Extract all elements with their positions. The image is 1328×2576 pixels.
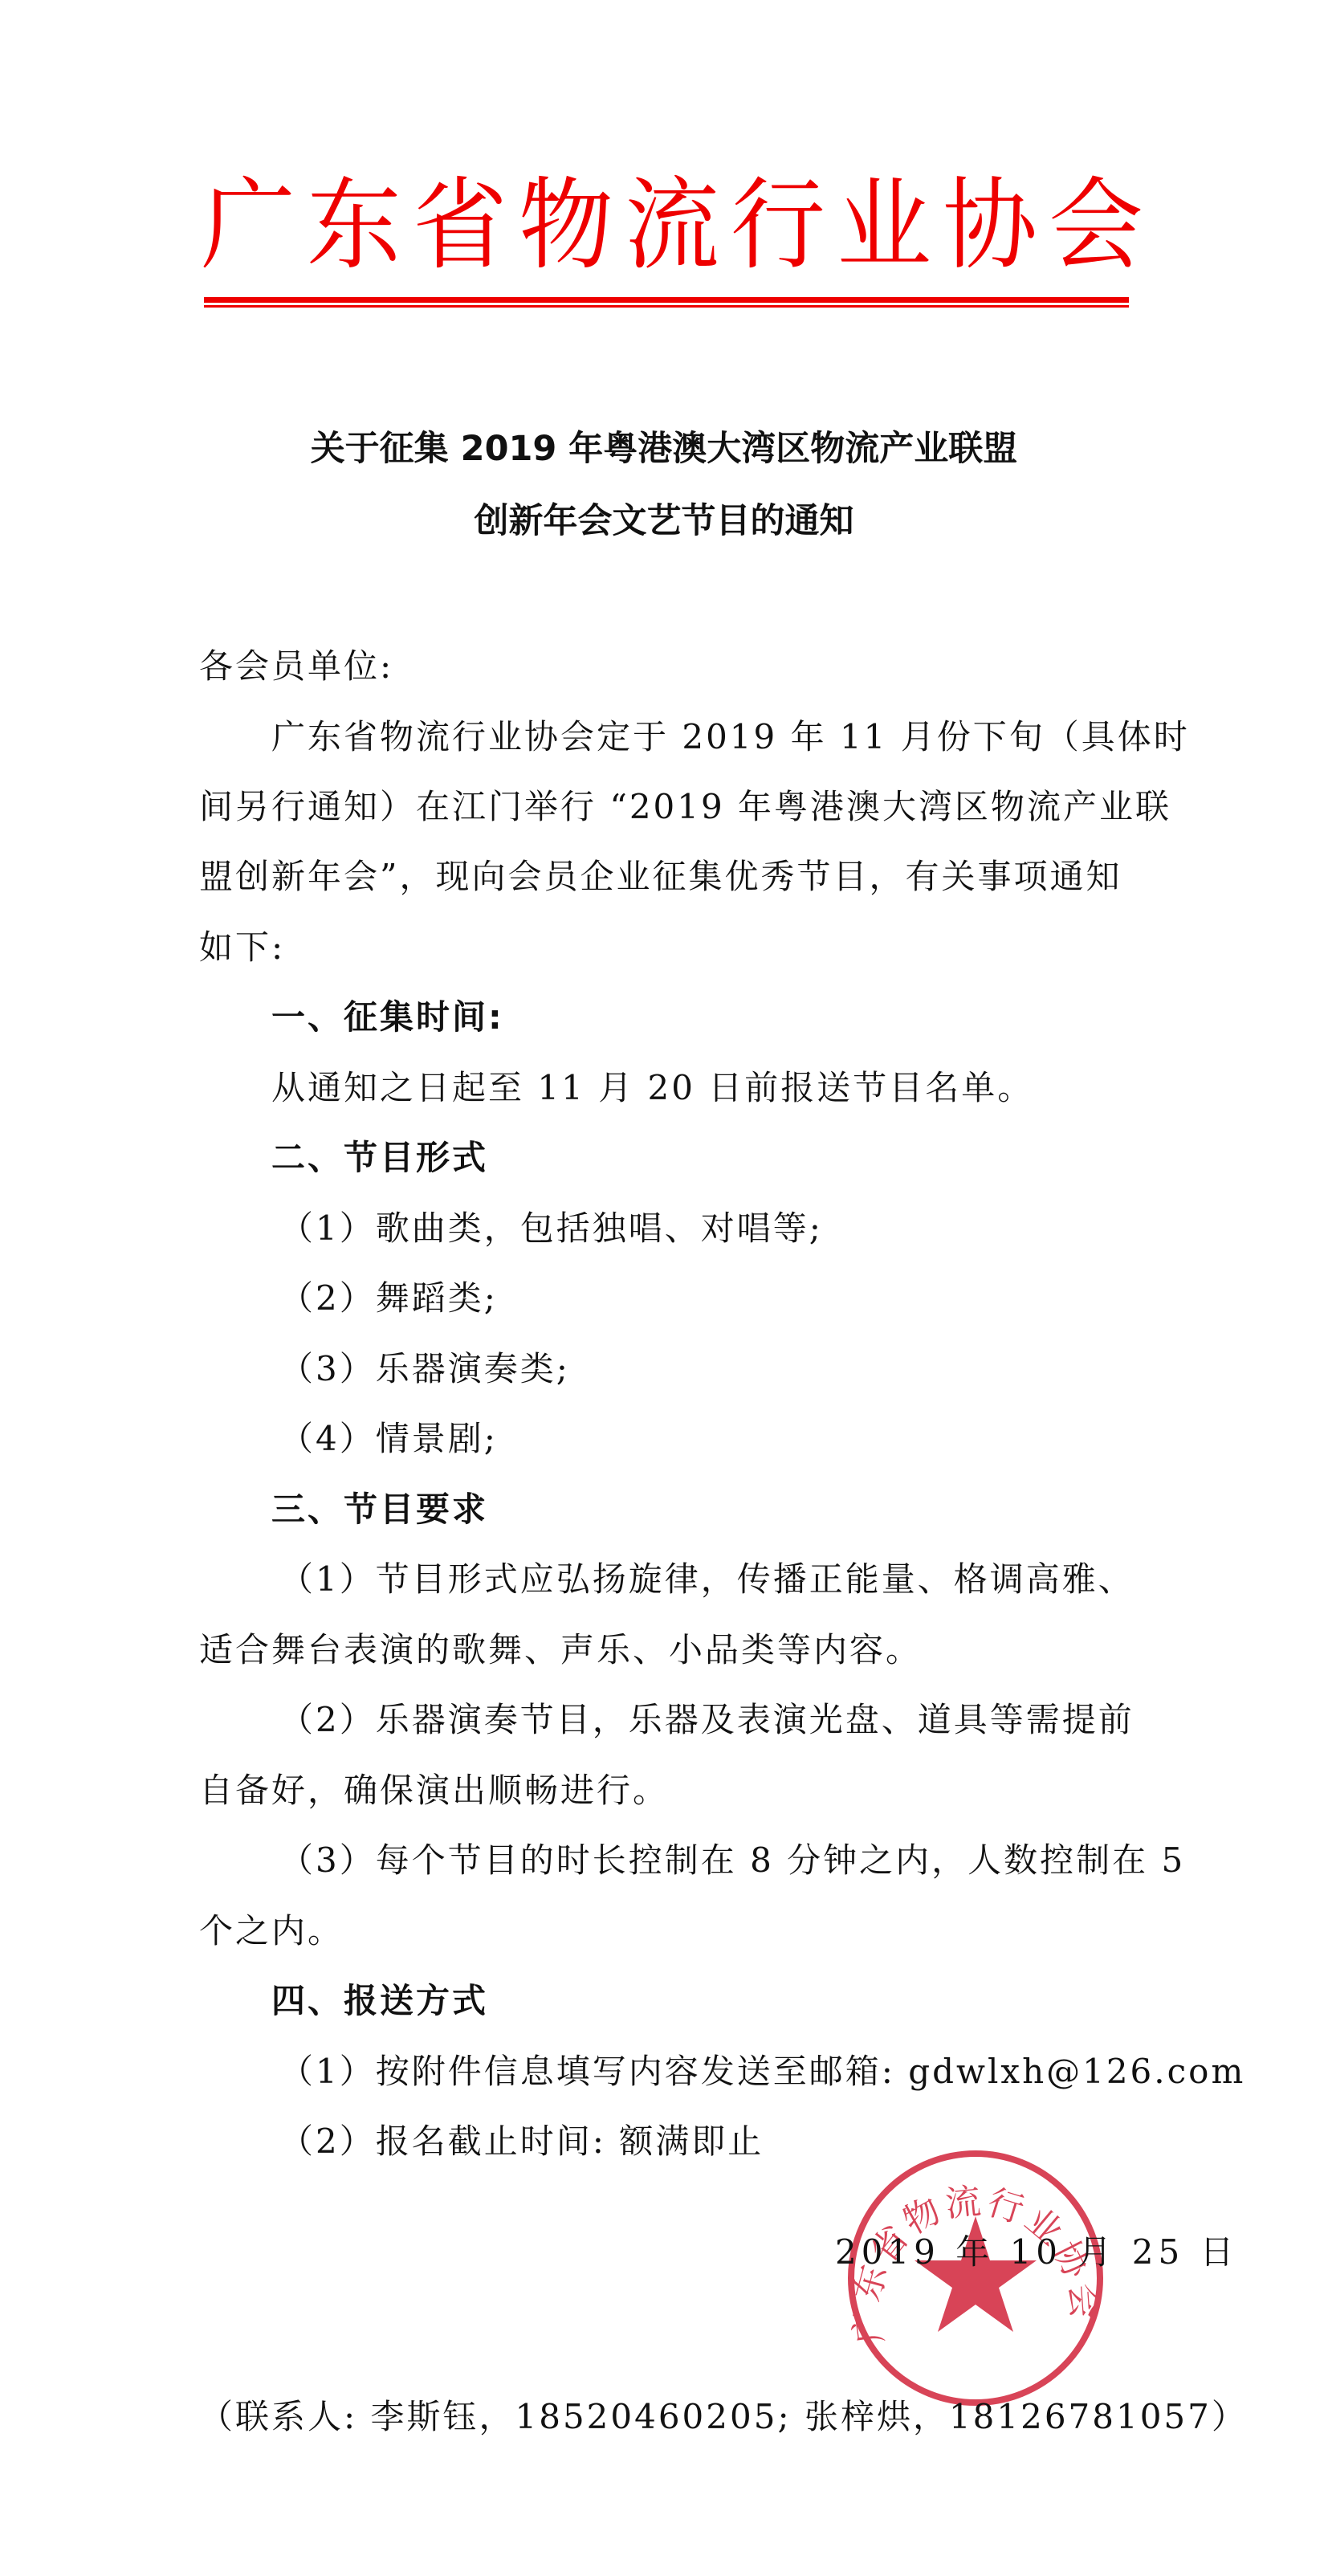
section-line: （3）乐器演奏类;	[279, 1349, 1219, 1389]
intro-line: 盟创新年会”，现向会员企业征集优秀节目，有关事项通知	[199, 857, 1139, 897]
document-page: 广东省物流行业协会 关于征集 2019 年粤港澳大湾区物流产业联盟 创新年会文艺…	[0, 0, 1328, 2576]
section-line: 自备好，确保演出顺畅进行。	[199, 1771, 1139, 1811]
salutation: 各会员单位:	[199, 646, 1139, 687]
intro-line: 广东省物流行业协会定于 2019 年 11 月份下旬（具体时	[271, 717, 1211, 757]
section-heading-submission-method: 四、报送方式	[271, 1981, 1211, 2021]
intro-line: 如下:	[199, 927, 1139, 968]
section-line-email: （1）按附件信息填写内容发送至邮箱: gdwlxh@126.com	[279, 2052, 1219, 2092]
section-heading-program-forms: 二、节目形式	[271, 1138, 1211, 1178]
section-line: （2）乐器演奏节目，乐器及表演光盘、道具等需提前	[279, 1700, 1219, 1740]
section-line: （4）情景剧;	[279, 1419, 1219, 1459]
letterhead-rule-thin	[204, 305, 1129, 308]
letterhead-rule-thick	[204, 297, 1129, 303]
document-title-line-2: 创新年会文艺节目的通知	[0, 494, 1328, 543]
official-seal-icon: 广东省物流行业协会	[843, 2148, 1108, 2409]
section-line: 从通知之日起至 11 月 20 日前报送节目名单。	[271, 1068, 1211, 1108]
signature-date: 2019 年 10 月 25 日	[835, 2232, 1239, 2272]
contact-info: （联系人: 李斯钰，18520460205; 张梓烘，18126781057）	[199, 2397, 1248, 2437]
section-line: （1）歌曲类，包括独唱、对唱等;	[279, 1209, 1219, 1249]
section-line: 个之内。	[199, 1911, 1139, 1951]
section-heading-collection-time: 一、征集时间:	[271, 997, 1211, 1037]
intro-line: 间另行通知）在江门举行 “2019 年粤港澳大湾区物流产业联	[199, 787, 1139, 827]
letterhead-organization: 广东省物流行业协会	[201, 170, 1132, 280]
section-heading-program-requirements: 三、节目要求	[271, 1490, 1211, 1530]
section-line: （3）每个节目的时长控制在 8 分钟之内，人数控制在 5	[279, 1840, 1219, 1881]
document-title-line-1: 关于征集 2019 年粤港澳大湾区物流产业联盟	[0, 422, 1328, 471]
section-line: 适合舞台表演的歌舞、声乐、小品类等内容。	[199, 1630, 1139, 1670]
section-line: （2）舞蹈类;	[279, 1278, 1219, 1319]
section-line: （1）节目形式应弘扬旋律，传播正能量、格调高雅、	[279, 1559, 1219, 1600]
